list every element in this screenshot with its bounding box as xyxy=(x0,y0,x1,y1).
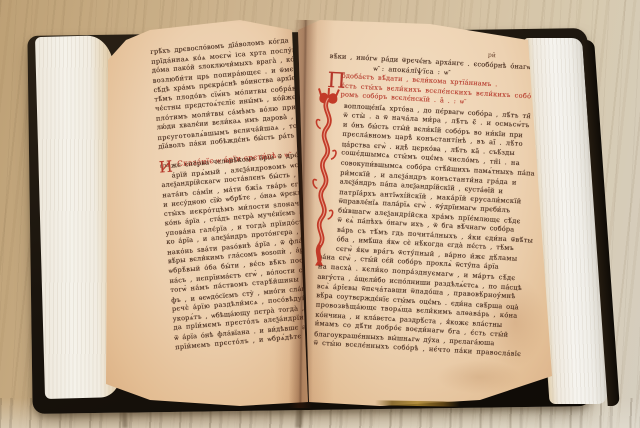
right-page-text: вѣ́ки , ино́гѡ ра́ди ѿрєчє́нъ арха́нгє .… xyxy=(313,52,529,360)
right-page: ри̃ вѣ́ки , ино́гѡ ра́ди ѿрєчє́нъ арха́н… xyxy=(296,8,560,408)
page-number: ри̃ xyxy=(488,52,496,59)
red-initial-p: П xyxy=(327,70,346,91)
right-body-lines: воплощє́нїѧ хрто́ва , до пє́рвагѡ собо́р… xyxy=(313,101,527,360)
photo-open-manuscript-book: грѣ́хъ дрєвосло́вомъ дїа́воломъ ко́гда ,… xyxy=(0,0,640,428)
page-stain xyxy=(436,360,522,394)
red-initial-i: И xyxy=(158,160,173,176)
left-page: грѣ́хъ дрєвосло́вомъ дїа́воломъ ко́гда ,… xyxy=(96,14,316,406)
